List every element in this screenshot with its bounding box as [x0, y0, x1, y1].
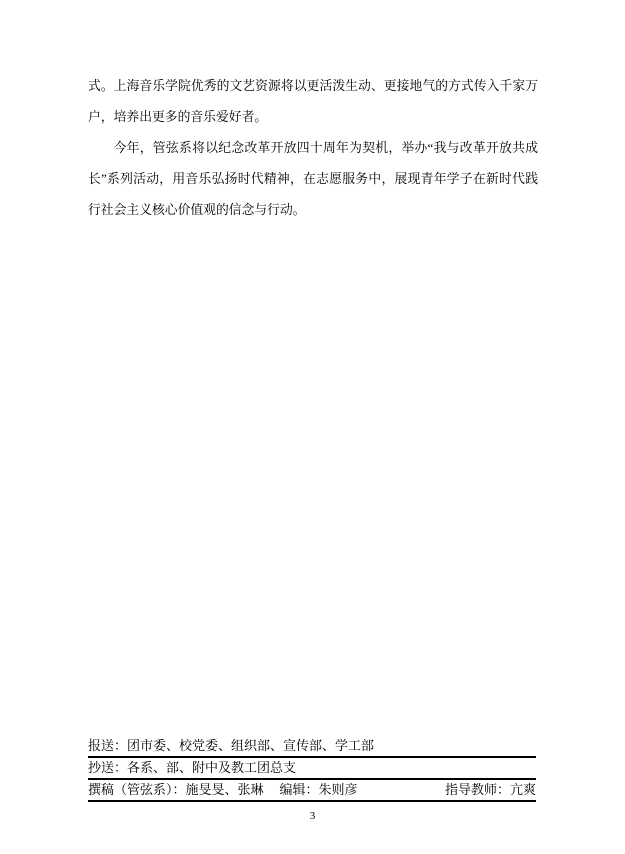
footer-copy-line: 抄送：各系、部、附中及教工团总支	[88, 758, 536, 780]
page-number: 3	[0, 809, 625, 823]
footer-advisor: 指导教师：亢爽	[445, 780, 536, 800]
document-body: 式。上海音乐学院优秀的文艺资源将以更活泼生动、更接地气的方式传入千家万户，培养出…	[88, 71, 538, 226]
footer-editor: 编辑：朱则彦	[280, 780, 358, 800]
paragraph-continuation: 式。上海音乐学院优秀的文艺资源将以更活泼生动、更接地气的方式传入千家万户，培养出…	[88, 71, 538, 133]
footer-report-line: 报送：团市委、校党委、组织部、宣传部、学工部	[88, 736, 536, 758]
footer-author-line: 撰稿（管弦系）：施旻旻、张琳 编辑：朱则彦 指导教师：亢爽	[88, 780, 536, 802]
document-page: 式。上海音乐学院优秀的文艺资源将以更活泼生动、更接地气的方式传入千家万户，培养出…	[0, 0, 625, 854]
document-footer: 报送：团市委、校党委、组织部、宣传部、学工部 抄送：各系、部、附中及教工团总支 …	[88, 736, 536, 802]
paragraph-this-year-plan: 今年，管弦系将以纪念改革开放四十周年为契机，举办“我与改革开放共成长”系列活动，…	[88, 133, 538, 226]
footer-drafter: 撰稿（管弦系）：施旻旻、张琳	[88, 780, 264, 800]
